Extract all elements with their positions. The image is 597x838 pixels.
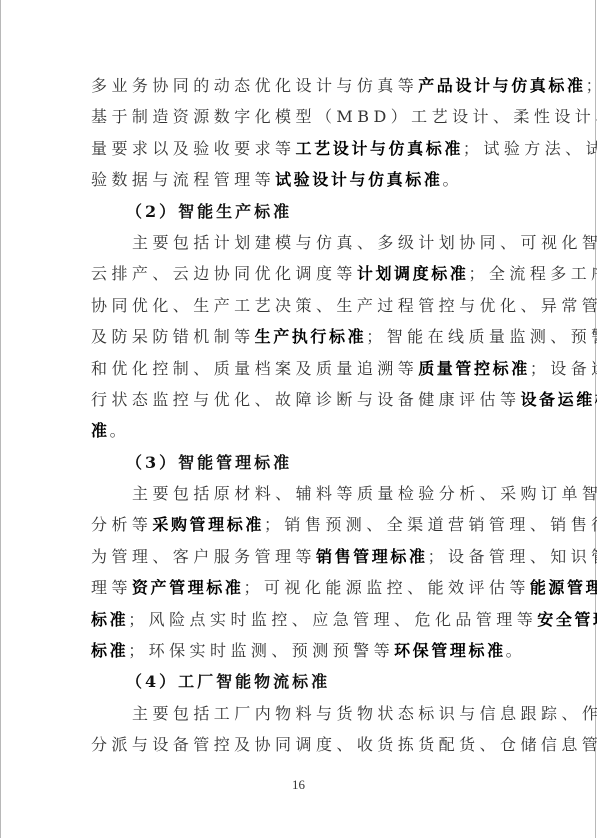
text-line: 和优化控制、质量档案及质量追溯等质量管控标准；设备运 <box>91 353 507 384</box>
text-line: 标准；环保实时监测、预测预警等环保管理标准。 <box>91 635 507 666</box>
bold-term: 生产执行标准 <box>255 327 367 346</box>
text: 云排产、云边协同优化调度等 <box>91 264 357 283</box>
text: ； <box>586 76 597 95</box>
text-line: 准。 <box>91 415 507 446</box>
text: 分派与设备管控及协同调度、收货拣货配货、仓储信息管理 <box>91 735 597 754</box>
text: 验数据与流程管理等 <box>91 170 275 189</box>
bold-term: 设备运维标 <box>520 390 597 409</box>
bold-term: 标准 <box>91 610 128 629</box>
text-line: 验数据与流程管理等试验设计与仿真标准。 <box>91 164 507 195</box>
bold-term: 工艺设计与仿真标准 <box>296 139 463 158</box>
text-line: 理等资产管理标准；可视化能源监控、能效评估等能源管理 <box>91 572 507 603</box>
text-line: 主要包括原材料、辅料等质量检验分析、采购订单智能 <box>91 478 507 509</box>
text: ；销售预测、全渠道营销管理、销售行 <box>264 515 597 534</box>
text: ；可视化能源监控、能效评估等 <box>244 578 530 597</box>
text: 协同优化、生产工艺决策、生产过程管控与优化、异常管理 <box>91 296 597 315</box>
text: 主要包括计划建模与仿真、多级计划协同、可视化智能 <box>132 233 597 252</box>
text: ；风险点实时监控、应急管理、危化品管理等 <box>128 610 537 629</box>
text: 及防呆防错机制等 <box>91 327 255 346</box>
text-line: 基于制造资源数字化模型（MBD）工艺设计、柔性设计、质 <box>91 101 507 132</box>
text: ；设备运 <box>530 359 597 378</box>
section-heading-factory-logistics: （4）工厂智能物流标准 <box>91 666 507 697</box>
text-line: 及防呆防错机制等生产执行标准；智能在线质量监测、预警 <box>91 321 507 352</box>
text: 主要包括工厂内物料与货物状态标识与信息跟踪、作业 <box>132 704 597 723</box>
text: ；设备管理、知识管 <box>428 547 597 566</box>
text: 行状态监控与优化、故障诊断与设备健康评估等 <box>91 390 520 409</box>
document-body: 多业务协同的动态优化设计与仿真等产品设计与仿真标准； 基于制造资源数字化模型（M… <box>91 70 507 761</box>
bold-term: 环保管理标准 <box>394 641 506 660</box>
bold-term: 采购管理标准 <box>152 515 264 534</box>
page-number: 16 <box>0 777 597 793</box>
text: 量要求以及验收要求等 <box>91 139 296 158</box>
bold-term: 安全管理 <box>537 610 597 629</box>
bold-term: 质量管控标准 <box>418 359 530 378</box>
section-heading-smart-management: （3）智能管理标准 <box>91 447 507 478</box>
text-line: 分析等采购管理标准；销售预测、全渠道营销管理、销售行 <box>91 509 507 540</box>
text: 多业务协同的动态优化设计与仿真等 <box>91 76 418 95</box>
text-line: 标准；风险点实时监控、应急管理、危化品管理等安全管理 <box>91 604 507 635</box>
page-edge-left <box>0 0 1 838</box>
text: ；环保实时监测、预测预警等 <box>128 641 394 660</box>
text: 。 <box>110 421 130 440</box>
text: 基于制造资源数字化模型（MBD）工艺设计、柔性设计、质 <box>91 107 597 126</box>
text-line: 多业务协同的动态优化设计与仿真等产品设计与仿真标准； <box>91 70 507 101</box>
bold-term: 准 <box>91 421 110 440</box>
bold-term: 产品设计与仿真标准 <box>418 76 585 95</box>
text-line: 量要求以及验收要求等工艺设计与仿真标准；试验方法、试 <box>91 133 507 164</box>
text-line: 为管理、客户服务管理等销售管理标准；设备管理、知识管 <box>91 541 507 572</box>
text: ；全流程多工序 <box>468 264 597 283</box>
text-line: 云排产、云边协同优化调度等计划调度标准；全流程多工序 <box>91 258 507 289</box>
text-line: 行状态监控与优化、故障诊断与设备健康评估等设备运维标 <box>91 384 507 415</box>
text-line: 主要包括工厂内物料与货物状态标识与信息跟踪、作业 <box>91 698 507 729</box>
bold-term: 试验设计与仿真标准 <box>275 170 442 189</box>
bold-term: 计划调度标准 <box>357 264 469 283</box>
bold-term: 销售管理标准 <box>316 547 428 566</box>
bold-term: 标准 <box>91 641 128 660</box>
bold-term: 资产管理标准 <box>132 578 244 597</box>
text-line: 主要包括计划建模与仿真、多级计划协同、可视化智能 <box>91 227 507 258</box>
text: 。 <box>442 170 462 189</box>
text: 理等 <box>91 578 132 597</box>
bold-term: 能源管理 <box>530 578 597 597</box>
text: 。 <box>506 641 526 660</box>
section-heading-smart-production: （2）智能生产标准 <box>91 196 507 227</box>
text: 和优化控制、质量档案及质量追溯等 <box>91 359 418 378</box>
text: 分析等 <box>91 515 152 534</box>
text: 为管理、客户服务管理等 <box>91 547 316 566</box>
text: ；智能在线质量监测、预警 <box>366 327 597 346</box>
text: 主要包括原材料、辅料等质量检验分析、采购订单智能 <box>132 484 597 503</box>
text: ；试验方法、试 <box>463 139 597 158</box>
text-line: 分派与设备管控及协同调度、收货拣货配货、仓储信息管理 <box>91 729 507 760</box>
text-line: 协同优化、生产工艺决策、生产过程管控与优化、异常管理 <box>91 290 507 321</box>
